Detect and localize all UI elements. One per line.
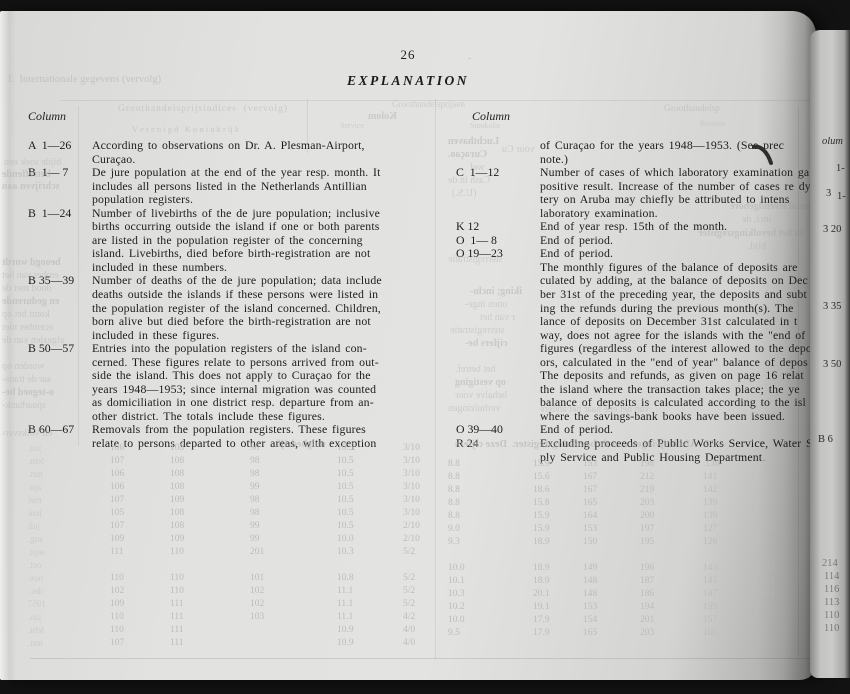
edge-text-fragment: 116 [824, 584, 839, 595]
bleed-table-cell: 197 [640, 524, 703, 534]
bleed-table-cell: 11.1 [337, 586, 403, 596]
bleed-table-cell: 10.0 [448, 563, 533, 573]
entry-line: Entries into the population registers of… [92, 342, 452, 356]
bleed-table-cell: 8.8 [448, 511, 533, 521]
bleed-table-cell [761, 602, 811, 612]
bleed-table-cell: 147 [703, 589, 761, 599]
entry-line: ors, calculated in the "end of year" bal… [540, 356, 850, 370]
page-title: EXPLANATION [0, 73, 816, 89]
bleed-table-cell: 164 [583, 511, 640, 521]
bleed-table-cell [761, 615, 811, 625]
edge-text-fragment: 3 50 [823, 359, 841, 370]
bleed-table-cell: 212 [640, 472, 703, 482]
bleed-table-row: 8.815.8165203139110 [448, 498, 811, 508]
bleed-month-label: juni [28, 508, 42, 518]
bleed-rule [30, 658, 810, 659]
entry-line: cerned. These figures relate to persons … [92, 356, 452, 370]
bleed-table-cell: 186 [640, 589, 703, 599]
bleed-table-row: 10.018.9149196143113 [448, 563, 811, 573]
bleed-table-cell: 160 [703, 628, 761, 638]
bleed-table-cell [761, 628, 811, 638]
bleed-table-cell: 18.6 [533, 485, 583, 495]
bleed-table-cell: 8.8 [448, 485, 533, 495]
entry-label: C 1—12 [456, 166, 540, 180]
bleed-table-cell: 111 [110, 547, 170, 557]
edge-text-fragment: olum [822, 136, 843, 147]
bleed-table-cell: 102 [110, 586, 170, 596]
entry-text: Number of deaths of the de jure populati… [92, 274, 452, 342]
bleed-table-cell: 98 [250, 495, 337, 505]
bleed-table-cell: 10.9 [337, 625, 403, 635]
bleed-table-cell: 157 [703, 615, 761, 625]
explanation-entry: R 24Excluding proceeds of Public Works S… [456, 437, 850, 464]
entry-line: are listed in the population register of… [92, 234, 452, 248]
entry-line: According to observations on Dr. A. Ples… [92, 139, 452, 153]
entry-label: K 12 [456, 220, 540, 234]
entry-line: the population register of the island co… [92, 302, 452, 316]
bleed-table-cell: 109 [170, 495, 250, 505]
bleed-table-cell: 10.5 [337, 521, 403, 531]
bleed-table-cell: 111 [170, 625, 250, 635]
bleed-table-cell: 10.9 [337, 638, 403, 648]
bleed-table-cell: 127 [703, 524, 761, 534]
bleed-table-cell: 4/2 [403, 612, 463, 622]
bleed-month-label: apr. [28, 482, 41, 492]
entry-line: deaths outside the islands if these pers… [92, 288, 452, 302]
entry-line: side the island. This does not apply to … [92, 369, 452, 383]
entry-line: births occurring outside the island if o… [92, 220, 452, 234]
edge-text-fragment: 110 [824, 623, 839, 634]
bleed-table-cell: 153 [583, 524, 640, 534]
bleed-table-cell: 107 [110, 495, 170, 505]
next-page-edge: olum1-31-3 203 353 50B 62141141161131101… [810, 30, 850, 678]
entry-text: Number of cases of which laboratory exam… [540, 166, 850, 220]
bleed-table-cell: 103 [250, 612, 337, 622]
edge-text-fragment: B 6 [818, 434, 833, 445]
entry-line: The deposits and refunds, as given on pa… [540, 369, 850, 383]
right-column: Column of Curaçao for the years 1948—195… [456, 109, 850, 464]
entry-text: End of period. [540, 247, 850, 261]
bleed-table-cell: 17.9 [533, 628, 583, 638]
bleed-table-cell: 143 [703, 563, 761, 573]
bleed-table-row: 9.318.9150195126110 [448, 537, 811, 547]
edge-text-fragment: 114 [824, 571, 839, 582]
bleed-table-cell: 145 [703, 576, 761, 586]
entry-line: culated by adding, at the balance of dep… [540, 274, 850, 288]
explanation-entry: B 35—39Number of deaths of the de jure p… [28, 274, 452, 342]
entry-text: Removals from the population registers. … [92, 423, 452, 450]
entry-line: Number of cases of which laboratory exam… [540, 166, 850, 180]
entry-text: The monthly figures of the balance of de… [540, 261, 850, 424]
entry-label: B 50—57 [28, 342, 92, 356]
bleed-table-cell: 98 [250, 508, 337, 518]
entry-label: B 1—24 [28, 207, 92, 221]
bleed-table-cell: 105 [110, 508, 170, 518]
bleed-table-cell: 108 [170, 482, 250, 492]
edge-text-fragment: 3 [826, 188, 831, 199]
bleed-table-cell: 195 [640, 537, 703, 547]
bleed-table-cell: 10.5 [337, 508, 403, 518]
bleed-table-cell: 10.2 [448, 602, 533, 612]
bleed-month-label: sept. [28, 547, 45, 557]
bleed-table-cell: 111 [170, 612, 250, 622]
bleed-table-row: 10.017.9154201157 [448, 615, 811, 625]
bleed-month-label: dec. [28, 586, 43, 596]
entry-line: lance of deposits on December 31st calcu… [540, 315, 850, 329]
bleed-month-label: febr. [28, 456, 44, 466]
edge-text-fragment: 113 [824, 597, 839, 608]
entry-line: End of period. [540, 247, 850, 261]
bleed-table-row: 11111020110.35/2 [110, 547, 463, 557]
bleed-gridline [60, 100, 810, 101]
bleed-table-cell: 102 [250, 599, 337, 609]
bleed-month-label: aug. [28, 534, 43, 544]
left-column: Column A 1—26According to observations o… [28, 109, 452, 451]
bleed-table-cell: 110 [761, 511, 811, 521]
bleed-table-cell: 10.5 [337, 482, 403, 492]
bleed-table-cell: 110 [110, 625, 170, 635]
bleed-table-cell [250, 625, 337, 635]
entry-line: relate to persons departed to other area… [92, 437, 452, 451]
entry-label: B 60—67 [28, 423, 92, 437]
explanation-entry: The monthly figures of the balance of de… [456, 261, 850, 424]
bleed-table-cell: 109 [170, 534, 250, 544]
bleed-table-cell: 4/0 [403, 638, 463, 648]
bleed-table-cell: 11.1 [337, 612, 403, 622]
bleed-table-cell: 15.8 [533, 498, 583, 508]
bleed-table-row: 9.517.9165203160 [448, 628, 811, 638]
bleed-month-label: mrt. [28, 469, 43, 479]
bleed-table-cell: 2/10 [403, 521, 463, 531]
entry-text: De jure population at the end of the yea… [92, 166, 452, 207]
entry-text: Entries into the population registers of… [92, 342, 452, 423]
bleed-table-cell: 18.9 [533, 576, 583, 586]
explanation-entry: K 12End of year resp. 15th of the month. [456, 220, 850, 234]
bleed-table-row: 1071089910.52/10 [110, 521, 463, 531]
bleed-table-cell: 110 [110, 573, 170, 583]
entry-text: of Curaçao for the years 1948—1953. (See… [540, 139, 850, 166]
column-header: Column [28, 109, 452, 123]
entry-text: Number of livebirths of the de jure popu… [92, 207, 452, 275]
edge-text-fragment: 110 [824, 610, 839, 621]
bleed-table-row: 1071099810.53/10 [110, 495, 463, 505]
bleed-table-cell: 5/2 [403, 573, 463, 583]
bleed-table-cell: 187 [640, 576, 703, 586]
bleed-table-cell: 109 [110, 599, 170, 609]
entry-text: End of period. [540, 423, 850, 437]
page-number: 26 [0, 47, 816, 63]
edge-text-fragment: 3 35 [823, 301, 841, 312]
entry-line: End of period. [540, 423, 850, 437]
bleed-table-cell: 150 [583, 537, 640, 547]
entry-line: Number of deaths of the de jure populati… [92, 274, 452, 288]
entry-line: included in these numbers. [92, 261, 452, 275]
entry-line: the island where the transaction takes p… [540, 383, 850, 397]
bleed-table-cell: 15.9 [533, 511, 583, 521]
bleed-table-cell: 9.3 [448, 537, 533, 547]
entry-label: B 1— 7 [28, 166, 92, 180]
bleed-table-cell: 116 [761, 472, 811, 482]
bleed-table-cell: 107 [110, 638, 170, 648]
entry-text: End of period. [540, 234, 850, 248]
entry-line: where the savings-bank books have been i… [540, 410, 850, 424]
entry-line: positive result. Increase of the number … [540, 180, 850, 194]
explanation-entry: B 50—57Entries into the population regis… [28, 342, 452, 423]
entry-line: figures (regardless of the interest allo… [540, 342, 850, 356]
bleed-table-cell: 219 [640, 485, 703, 495]
bleed-table-cell: 149 [583, 563, 640, 573]
bleed-table-cell: 139 [703, 498, 761, 508]
ink-smudge-mark [752, 143, 776, 167]
bleed-table-cell: 126 [703, 537, 761, 547]
explanation-entry: A 1—26According to observations on Dr. A… [28, 139, 452, 166]
entry-line: tery on Aruba may chiefly be attributed … [540, 193, 850, 207]
bleed-table-cell: 3/10 [403, 495, 463, 505]
bleed-month-label: oct. [28, 560, 41, 570]
bleed-table-cell: 17.9 [533, 615, 583, 625]
bleed-table-cell: 155 [703, 602, 761, 612]
entry-text: Excluding proceeds of Public Works Servi… [540, 437, 850, 464]
bleed-month-label: jan. [28, 612, 41, 622]
explanation-entry: O 1— 8End of period. [456, 234, 850, 248]
bleed-table-cell: 5/2 [403, 547, 463, 557]
bleed-table-cell: 165 [583, 498, 640, 508]
bleed-table-cell: 101 [250, 573, 337, 583]
bleed-table-cell: 108 [170, 469, 250, 479]
bleed-table-row: 11011110311.14/2 [110, 612, 463, 622]
bleed-table-cell: 148 [583, 589, 640, 599]
bleed-table-cell: 110 [170, 547, 250, 557]
bleed-table-cell: 201 [640, 615, 703, 625]
bleed-table-cell: 141 [703, 472, 761, 482]
entry-line: population registers. [92, 193, 452, 207]
bleed-table-cell: 10.5 [337, 456, 403, 466]
bleed-table-cell: 3/10 [403, 456, 463, 466]
entry-line: End of period. [540, 234, 850, 248]
entry-line: ber 31st of the preceding year, the depo… [540, 288, 850, 302]
bleed-table-cell: 106 [110, 482, 170, 492]
bleed-table-cell: 3/10 [403, 469, 463, 479]
explanation-entry: B 1— 7De jure population at the end of t… [28, 166, 452, 207]
bleed-table-row: 9.015.9153197127109 [448, 524, 811, 534]
bleed-table-cell: 201 [250, 547, 337, 557]
bleed-table-cell: 15.6 [533, 472, 583, 482]
bleed-table-cell: 2/10 [403, 534, 463, 544]
bleed-table-cell: 9.5 [448, 628, 533, 638]
explanation-entry: B 60—67Removals from the population regi… [28, 423, 452, 450]
bleed-table-row: 1061089910.53/10 [110, 482, 463, 492]
entry-label: R 24 [456, 437, 540, 451]
bleed-table-cell: 153 [583, 602, 640, 612]
edge-text-fragment: 1- [836, 163, 845, 174]
bleed-table-cell: 107 [110, 521, 170, 531]
bleed-table-row: 10.219.1153194155 [448, 602, 811, 612]
bleed-month-label: juli [28, 521, 40, 531]
bleed-table-cell: 196 [640, 563, 703, 573]
bleed-table-row: 1051089810.53/10 [110, 508, 463, 518]
bleed-table-cell: 20.1 [533, 589, 583, 599]
bleed-month-label: 1957 [28, 599, 46, 609]
bleed-table-cell: 109 [761, 524, 811, 534]
entry-line: includes all persons listed in the Nethe… [92, 180, 452, 194]
entry-line: Removals from the population registers. … [92, 423, 452, 437]
bleed-table-cell: 110 [761, 498, 811, 508]
entry-line: note.) [540, 153, 850, 167]
bleed-table-row: 8.815.6167212141116 [448, 472, 811, 482]
entry-label: O 1— 8 [456, 234, 540, 248]
bleed-table-cell: 10.3 [448, 589, 533, 599]
entry-text: According to observations on Dr. A. Ples… [92, 139, 452, 166]
bleed-table-cell: 108 [170, 521, 250, 531]
bleed-table-cell: 4/0 [403, 625, 463, 635]
bleed-table-cell: 154 [583, 615, 640, 625]
bleed-table-cell: 98 [250, 456, 337, 466]
bleed-table-cell: 102 [250, 586, 337, 596]
entry-line: Curaçao. [92, 153, 452, 167]
entry-line: way, does not agree for the islands with… [540, 329, 850, 343]
bleed-table-row: 10911110211.15/2 [110, 599, 463, 609]
bleed-table-cell: 108 [170, 456, 250, 466]
bleed-table-cell: 111 [170, 638, 250, 648]
edge-text-fragment: 1- [837, 191, 846, 202]
bleed-table-cell: 167 [583, 472, 640, 482]
bleed-table-cell: 18.9 [533, 563, 583, 573]
entry-line: Number of livebirths of the de jure popu… [92, 207, 452, 221]
column-header: Column [456, 109, 850, 123]
bleed-table-cell: 111 [170, 599, 250, 609]
bleed-table-cell: 108 [170, 508, 250, 518]
bleed-table-row: 8.818.6167219142113 [448, 485, 811, 495]
entry-line: The monthly figures of the balance of de… [540, 261, 850, 275]
entry-line: of Curaçao for the years 1948—1953. (See… [540, 139, 850, 153]
bleed-table-cell: 10.3 [337, 547, 403, 557]
bleed-table-cell: 165 [583, 628, 640, 638]
bleed-month-label: mrt. [28, 638, 43, 648]
bleed-table-cell: 98 [250, 469, 337, 479]
bleed-table-cell: 8.8 [448, 472, 533, 482]
bleed-table-cell: 99 [250, 521, 337, 531]
bleed-table-cell: 10.0 [337, 534, 403, 544]
entry-line: Excluding proceeds of Public Works Servi… [540, 437, 850, 451]
bleed-table-row: 10.118.9148187145114 [448, 576, 811, 586]
entry-label: A 1—26 [28, 139, 92, 153]
bleed-table-cell: 148 [583, 576, 640, 586]
entry-line: De jure population at the end of the yea… [92, 166, 452, 180]
bleed-table-row: 1061089810.53/10 [110, 469, 463, 479]
bleed-table-cell: 19.1 [533, 602, 583, 612]
bleed-table-row: 11011110.94/0 [110, 625, 463, 635]
page-left-edge-highlight [0, 11, 16, 680]
entry-label: O 39—40 [456, 423, 540, 437]
bleed-table-cell: 15.9 [533, 524, 583, 534]
bleed-table-cell [250, 638, 337, 648]
bleed-table-cell: 3/10 [403, 508, 463, 518]
bleed-month-label: febr. [28, 625, 44, 635]
bleed-month-label: mei [28, 495, 42, 505]
bleed-table-cell: 99 [250, 482, 337, 492]
explanation-entry: O 39—40End of period. [456, 423, 850, 437]
bleed-table-cell: 10.8 [337, 573, 403, 583]
bleed-month-label: nov. [28, 573, 43, 583]
bleed-table-cell: 194 [640, 602, 703, 612]
bleed-table-row: 1071089810.53/10 [110, 456, 463, 466]
bleed-table-cell: 109 [110, 534, 170, 544]
bleed-table-cell: 10.5 [337, 495, 403, 505]
bleed-table-cell: 11.1 [337, 599, 403, 609]
edge-text-fragment: 3 20 [823, 224, 841, 235]
bleed-table-cell: 200 [640, 511, 703, 521]
bleed-table-cell: 139 [703, 511, 761, 521]
bleed-table-row: 10211010211.15/2 [110, 586, 463, 596]
explanation-entry: of Curaçao for the years 1948—1953. (See… [456, 139, 850, 166]
entry-label: B 35—39 [28, 274, 92, 288]
bleed-table-cell: 114 [761, 576, 811, 586]
bleed-table-cell: 8.8 [448, 498, 533, 508]
entry-line: ply Service and Public Housing Departmen… [540, 451, 850, 465]
entry-line: other district. The totals include these… [92, 410, 452, 424]
bleed-table-cell: 10.0 [448, 615, 533, 625]
book-page: 26 EXPLANATION Column A 1—26According to… [0, 11, 816, 680]
bleed-table-cell: 10.1 [448, 576, 533, 586]
bleed-table-row: 8.815.9164200139110 [448, 511, 811, 521]
bleed-table-row: 11011010110.85/2 [110, 573, 463, 583]
bleed-table-cell: 142 [703, 485, 761, 495]
entry-line: End of year resp. 15th of the month. [540, 220, 850, 234]
bleed-text: Groothandelsprijsen [392, 99, 465, 109]
bleed-table-cell: 5/2 [403, 599, 463, 609]
bleed-table-cell: 110 [761, 537, 811, 547]
bleed-table-cell: 110 [170, 586, 250, 596]
bleed-table-cell: 113 [761, 563, 811, 573]
bleed-table-cell: 110 [110, 612, 170, 622]
bleed-table-cell: 5/2 [403, 586, 463, 596]
explanation-entry: O 19—23End of period. [456, 247, 850, 261]
entry-line: as domiciliation in one district resp. d… [92, 396, 452, 410]
book-photo: olum1-31-3 203 353 50B 62141141161131101… [0, 0, 850, 694]
bleed-table-cell: 18.9 [533, 537, 583, 547]
explanation-entry: B 1—24Number of livebirths of the de jur… [28, 207, 452, 275]
bleed-table-cell: 114 [761, 589, 811, 599]
entry-text: End of year resp. 15th of the month. [540, 220, 850, 234]
bleed-table-cell: 113 [761, 485, 811, 495]
bleed-table-cell: 110 [170, 573, 250, 583]
bleed-table-cell: 9.0 [448, 524, 533, 534]
entry-line: ing the refunds during the previous mont… [540, 302, 850, 316]
entry-line: years 1948—1953; since internal migratio… [92, 383, 452, 397]
bleed-table-cell: 107 [110, 456, 170, 466]
entry-line: born alive but died before the birth-reg… [92, 315, 452, 329]
bleed-table-cell: 3/10 [403, 482, 463, 492]
entry-label: O 19—23 [456, 247, 540, 261]
bleed-table-row: 10711110.94/0 [110, 638, 463, 648]
bleed-table-cell: 99 [250, 534, 337, 544]
bleed-table-row: 10.320.1148186147114 [448, 589, 811, 599]
edge-text-fragment: 214 [822, 558, 838, 569]
bleed-table-cell: 10.5 [337, 469, 403, 479]
bleed-table-cell: 203 [640, 498, 703, 508]
bleed-table-cell: 167 [583, 485, 640, 495]
entry-line: included in these figures. [92, 329, 452, 343]
explanation-entry: C 1—12Number of cases of which laborator… [456, 166, 850, 220]
entry-line: laboratory examination. [540, 207, 850, 221]
bleed-table-cell: 203 [640, 628, 703, 638]
bleed-table-cell: 106 [110, 469, 170, 479]
entry-line: balance of deposits is calculated accord… [540, 396, 850, 410]
entry-line: island. Livebirths, died before birth-re… [92, 247, 452, 261]
bleed-table-row: 1091099910.02/10 [110, 534, 463, 544]
